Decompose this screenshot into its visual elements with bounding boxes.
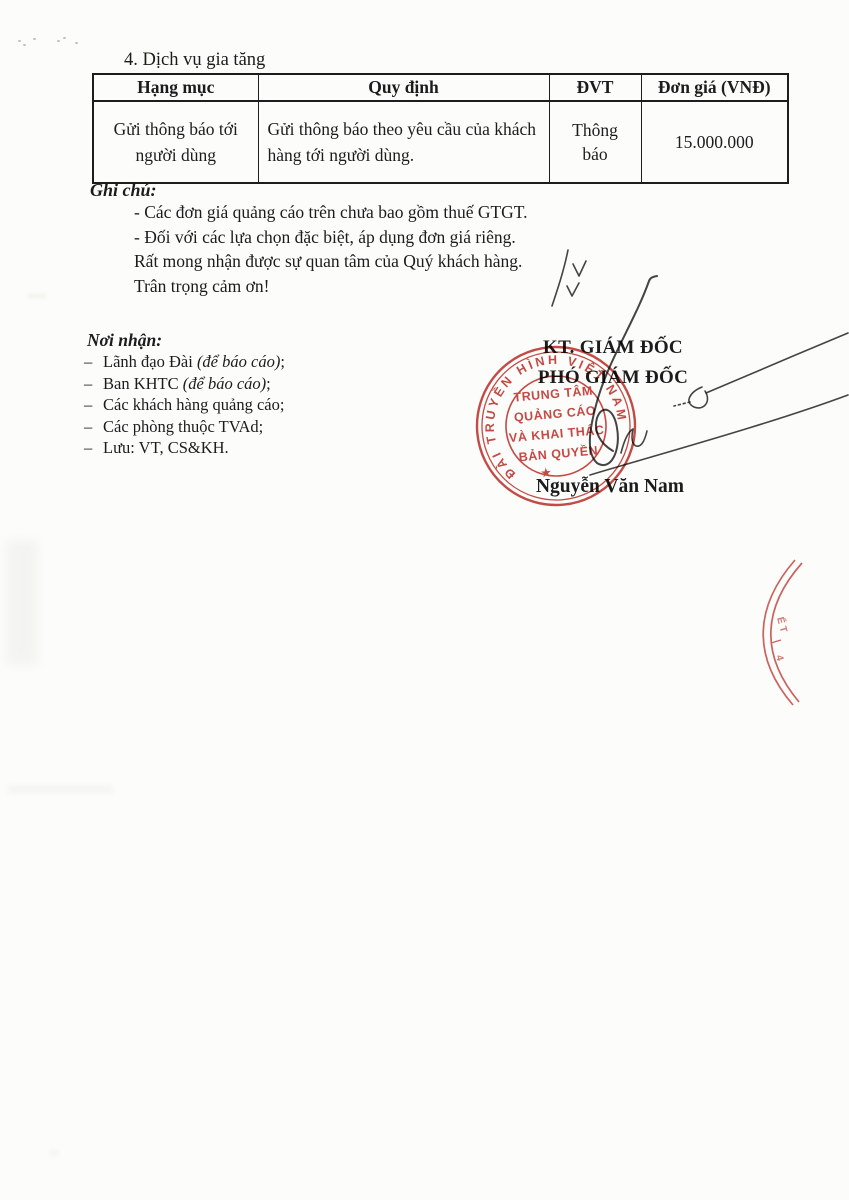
fragment-dash bbox=[771, 640, 781, 643]
recipient-note: (để báo cáo) bbox=[183, 374, 266, 393]
scan-speckle bbox=[57, 40, 60, 42]
recipient-suffix: ; bbox=[266, 374, 271, 393]
scan-smudge bbox=[28, 294, 46, 298]
signature-flourish bbox=[706, 333, 848, 393]
scan-speckle bbox=[75, 42, 78, 44]
cell-price: 15.000.000 bbox=[641, 101, 788, 183]
column-header-unit: ĐVT bbox=[549, 74, 641, 101]
recipient-text: Các phòng thuộc TVAd; bbox=[103, 417, 263, 436]
signature-flourish bbox=[674, 402, 690, 406]
recipients-list: –Lãnh đạo Đài (để báo cáo); –Ban KHTC (đ… bbox=[84, 351, 285, 459]
dash: – bbox=[84, 437, 103, 459]
cell-unit: Thông báo bbox=[549, 101, 641, 183]
signature-stroke bbox=[590, 276, 657, 465]
scan-smudge bbox=[50, 1150, 59, 1156]
note-item: - Các đơn giá quảng cáo trên chưa bao gồ… bbox=[134, 200, 528, 225]
recipient-note: (để báo cáo) bbox=[197, 352, 280, 371]
recipient-text: Ban KHTC bbox=[103, 374, 183, 393]
handwritten-signature bbox=[440, 230, 849, 520]
recipient-text: Lưu: VT, CS&KH. bbox=[103, 438, 229, 457]
scan-smudge bbox=[8, 786, 113, 793]
cell-item: Gửi thông báo tới người dùng bbox=[93, 101, 258, 183]
table-header-row: Hạng mục Quy định ĐVT Đơn giá (VNĐ) bbox=[93, 74, 788, 101]
dash: – bbox=[84, 351, 103, 373]
signature-flourish bbox=[689, 387, 708, 408]
signature-doodle bbox=[552, 250, 568, 306]
scan-speckle bbox=[33, 38, 36, 40]
list-item: –Các phòng thuộc TVAd; bbox=[84, 416, 285, 438]
signature-tail bbox=[590, 395, 848, 475]
recipient-suffix: ; bbox=[280, 352, 285, 371]
partial-stamp-fragment: Ế T 4 bbox=[733, 548, 849, 713]
list-item: –Các khách hàng quảng cáo; bbox=[84, 394, 285, 416]
list-item: –Ban KHTC (để báo cáo); bbox=[84, 373, 285, 395]
section-heading: 4. Dịch vụ gia tăng bbox=[124, 50, 265, 71]
notes-label: Ghi chú: bbox=[90, 180, 157, 201]
cell-regulation: Gửi thông báo theo yêu cầu của khách hàn… bbox=[258, 101, 549, 183]
dash: – bbox=[84, 394, 103, 416]
pricing-table: Hạng mục Quy định ĐVT Đơn giá (VNĐ) Gửi … bbox=[92, 73, 789, 184]
dash: – bbox=[84, 373, 103, 395]
column-header-item: Hạng mục bbox=[93, 74, 258, 101]
document-page: 4. Dịch vụ gia tăng Hạng mục Quy định ĐV… bbox=[0, 0, 849, 1200]
fragment-text: Ế T bbox=[774, 615, 791, 633]
fragment-text: 4 bbox=[773, 654, 785, 663]
scan-speckle bbox=[18, 40, 21, 42]
list-item: –Lãnh đạo Đài (để báo cáo); bbox=[84, 351, 285, 373]
scan-smudge bbox=[6, 540, 38, 665]
table-row: Gửi thông báo tới người dùng Gửi thông b… bbox=[93, 101, 788, 183]
list-item: –Lưu: VT, CS&KH. bbox=[84, 437, 285, 459]
signature-doodle bbox=[567, 283, 579, 296]
column-header-price: Đơn giá (VNĐ) bbox=[641, 74, 788, 101]
dash: – bbox=[84, 416, 103, 438]
scan-speckle bbox=[63, 37, 66, 39]
signature-stroke bbox=[621, 429, 647, 453]
scan-speckle bbox=[23, 44, 26, 46]
recipient-text: Các khách hàng quảng cáo; bbox=[103, 395, 284, 414]
column-header-regulation: Quy định bbox=[258, 74, 549, 101]
recipients-label: Nơi nhận: bbox=[87, 330, 162, 351]
recipient-text: Lãnh đạo Đài bbox=[103, 352, 197, 371]
signature-doodle bbox=[573, 261, 586, 276]
